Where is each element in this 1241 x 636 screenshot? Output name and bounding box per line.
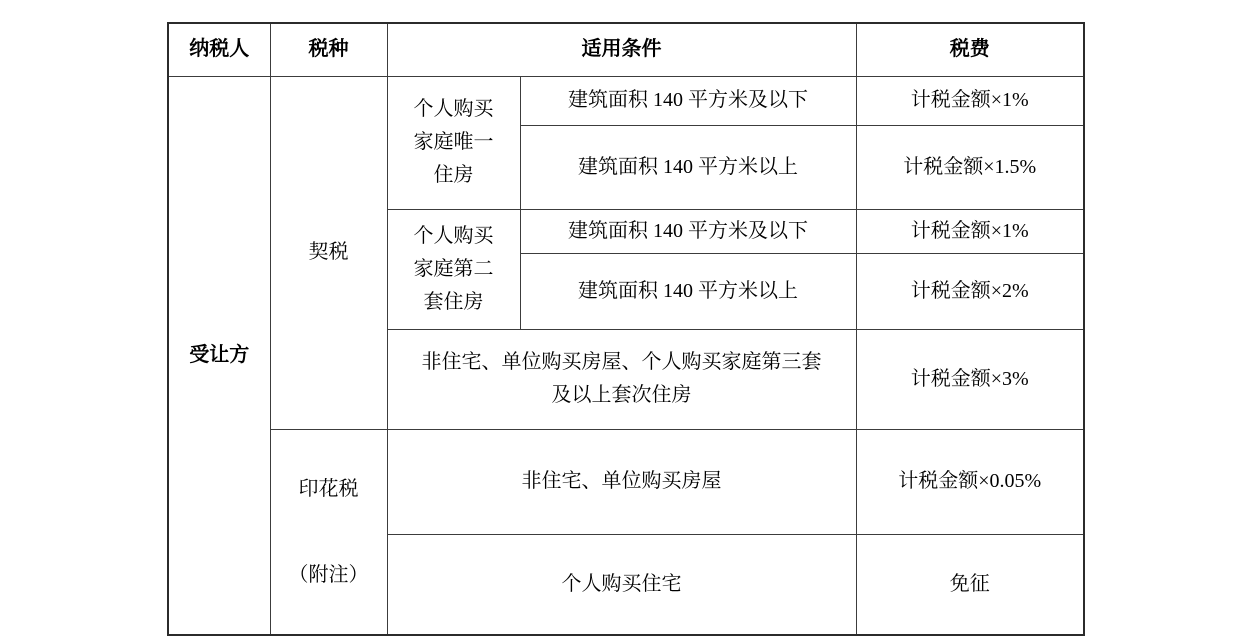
cell-condition-r5: 非住宅、单位购买房屋、个人购买家庭第三套 及以上套次住房 xyxy=(387,329,856,429)
cell-second-home: 个人购买 家庭第二 套住房 xyxy=(387,209,520,329)
cell-condition-r4: 建筑面积 140 平方米以上 xyxy=(520,253,856,329)
cell-taxpayer: 受让方 xyxy=(168,76,270,635)
cell-stamp-tax: 印花税 （附注） xyxy=(270,429,387,635)
header-condition: 适用条件 xyxy=(387,23,856,76)
header-tax-type: 税种 xyxy=(270,23,387,76)
cell-condition-r3: 建筑面积 140 平方米及以下 xyxy=(520,209,856,253)
cell-condition-r7: 个人购买住宅 xyxy=(387,535,856,635)
cell-fee-r7: 免征 xyxy=(856,535,1084,635)
cell-fee-r4: 计税金额×2% xyxy=(856,253,1084,329)
table-row: 印花税 （附注） 非住宅、单位购买房屋 计税金额×0.05% xyxy=(168,429,1084,535)
cell-deed-tax: 契税 xyxy=(270,76,387,429)
cell-condition-r6: 非住宅、单位购买房屋 xyxy=(387,429,856,535)
cell-fee-r5: 计税金额×3% xyxy=(856,329,1084,429)
table-row: 受让方 契税 个人购买 家庭唯一 住房 建筑面积 140 平方米及以下 计税金额… xyxy=(168,76,1084,125)
cell-condition-r2: 建筑面积 140 平方米以上 xyxy=(520,125,856,209)
stamp-tax-label: 印花税 xyxy=(271,463,387,517)
property-tax-table: 纳税人 税种 适用条件 税费 受让方 契税 个人购买 家庭唯一 住房 建筑面积 … xyxy=(167,22,1085,636)
cell-fee-r1: 计税金额×1% xyxy=(856,76,1084,125)
cell-fee-r6: 计税金额×0.05% xyxy=(856,429,1084,535)
cell-condition-r1: 建筑面积 140 平方米及以下 xyxy=(520,76,856,125)
cell-fee-r3: 计税金额×1% xyxy=(856,209,1084,253)
cell-only-home: 个人购买 家庭唯一 住房 xyxy=(387,76,520,209)
header-row: 纳税人 税种 适用条件 税费 xyxy=(168,23,1084,76)
stamp-tax-note: （附注） xyxy=(271,550,387,601)
cell-fee-r2: 计税金额×1.5% xyxy=(856,125,1084,209)
header-fee: 税费 xyxy=(856,23,1084,76)
header-taxpayer: 纳税人 xyxy=(168,23,270,76)
